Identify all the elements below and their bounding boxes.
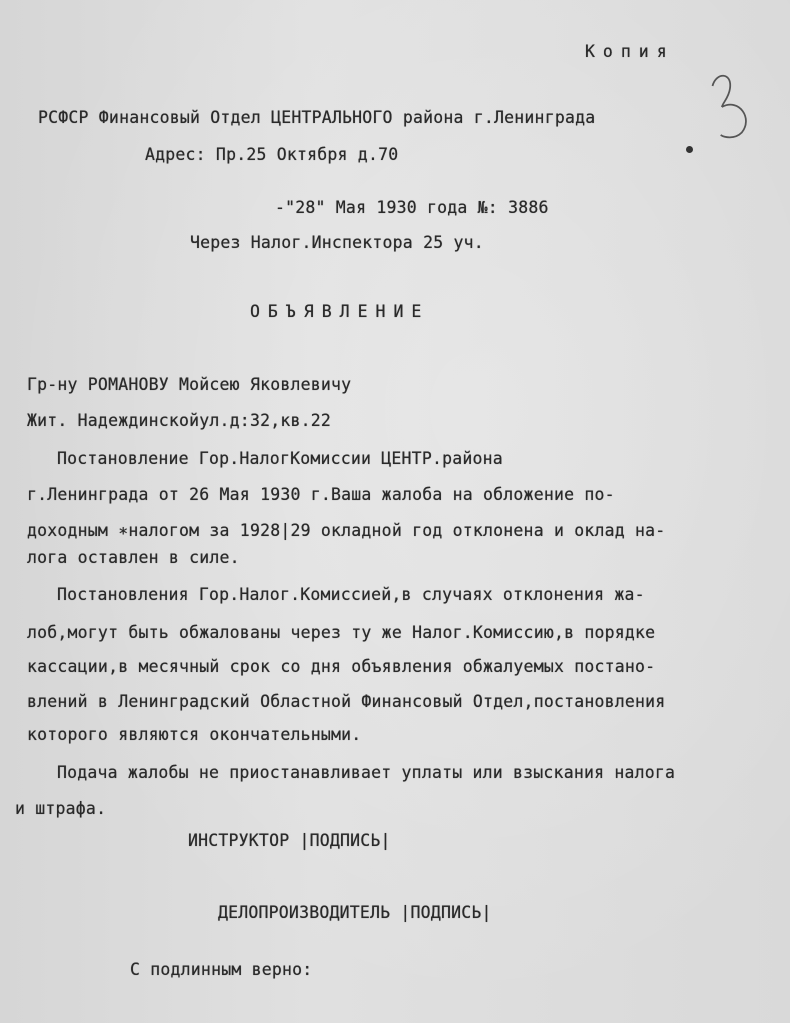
ink-dot [686,146,693,153]
paragraph-line: влений в Ленинградский Областной Финансо… [27,692,665,711]
paragraph-line: лоб,могут быть обжалованы через ту же На… [27,623,655,642]
paragraph-line: которого являются окончательными. [27,725,361,744]
paragraph-line: Постановление Гор.НалогКомиссии ЦЕНТР.ра… [57,449,503,468]
paragraph-line: лога оставлен в силе. [27,548,240,567]
paragraph-line: Постановления Гор.Налог.Комиссией,в случ… [57,585,645,604]
header-via: Через Налог.Инспектора 25 уч. [190,233,484,252]
paragraph-line: Подача жалобы не приостанавливает уплаты… [57,763,675,782]
addressee-name: Гр-ну РОМАНОВУ Мойсею Яковлевичу [27,375,351,394]
paragraph-line: г.Ленинграда от 26 Мая 1930 г.Ваша жалоб… [27,485,615,504]
header-org: РСФСР Финансовый Отдел ЦЕНТРАЛЬНОГО райо… [38,108,595,127]
document-title: ОБЪЯВЛЕНИЕ [250,302,429,321]
paragraph-line: и штрафа. [15,799,106,818]
header-date-number: -"28" Мая 1930 года №: 3886 [275,198,549,217]
paragraph-line: доходным ∗налогом за 1928|29 окладной го… [27,521,665,540]
addressee-residence: Жит. Надеждинскойул.д:32,кв.22 [27,411,331,430]
handwritten-page-number [700,72,760,142]
certified-copy-note: С подлинным верно: [130,960,312,979]
signature-instructor: ИНСТРУКТОР |ПОДПИСЬ| [188,831,391,850]
header-address: Адрес: Пр.25 Октября д.70 [145,145,398,164]
signature-clerk: ДЕЛОПРОИЗВОДИТЕЛЬ |ПОДПИСЬ| [218,903,492,922]
paragraph-line: кассации,в месячный срок со дня объявлен… [27,657,655,676]
copy-mark: Копия [585,42,675,61]
